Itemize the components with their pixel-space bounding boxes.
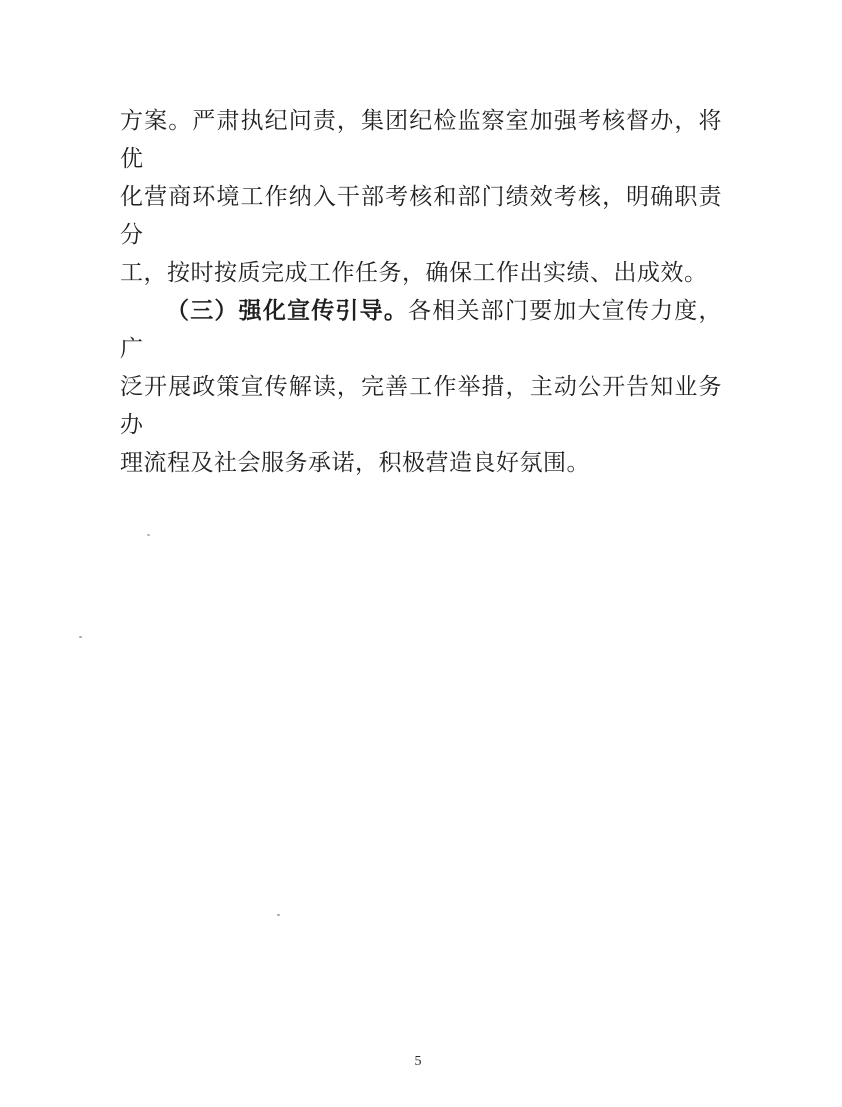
text-line-1: 方案。严肃执纪问责，集团纪检监察室加强考核督办，将优: [120, 102, 722, 178]
scan-artifact-speck: [427, 467, 430, 470]
text-line-4: （三）强化宣传引导。各相关部门要加大宣传力度，广: [120, 292, 722, 368]
scan-artifact-speck: [147, 534, 150, 536]
scan-artifact-speck: [79, 636, 82, 638]
scan-artifact-speck: [277, 914, 280, 916]
text-line-6: 理流程及社会服务承诺，积极营造良好氛围。: [120, 444, 722, 482]
document-body: 方案。严肃执纪问责，集团纪检监察室加强考核督办，将优 化营商环境工作纳入干部考核…: [120, 102, 722, 482]
text-line-3: 工，按时按质完成工作任务，确保工作出实绩、出成效。: [120, 254, 722, 292]
text-line-2: 化营商环境工作纳入干部考核和部门绩效考核，明确职责分: [120, 178, 722, 254]
page-number: 5: [0, 1054, 836, 1070]
section-heading: （三）强化宣传引导。: [166, 298, 408, 323]
document-page: 方案。严肃执纪问责，集团纪检监察室加强考核督办，将优 化营商环境工作纳入干部考核…: [0, 0, 842, 1107]
text-line-5: 泛开展政策宣传解读，完善工作举措，主动公开告知业务办: [120, 368, 722, 444]
